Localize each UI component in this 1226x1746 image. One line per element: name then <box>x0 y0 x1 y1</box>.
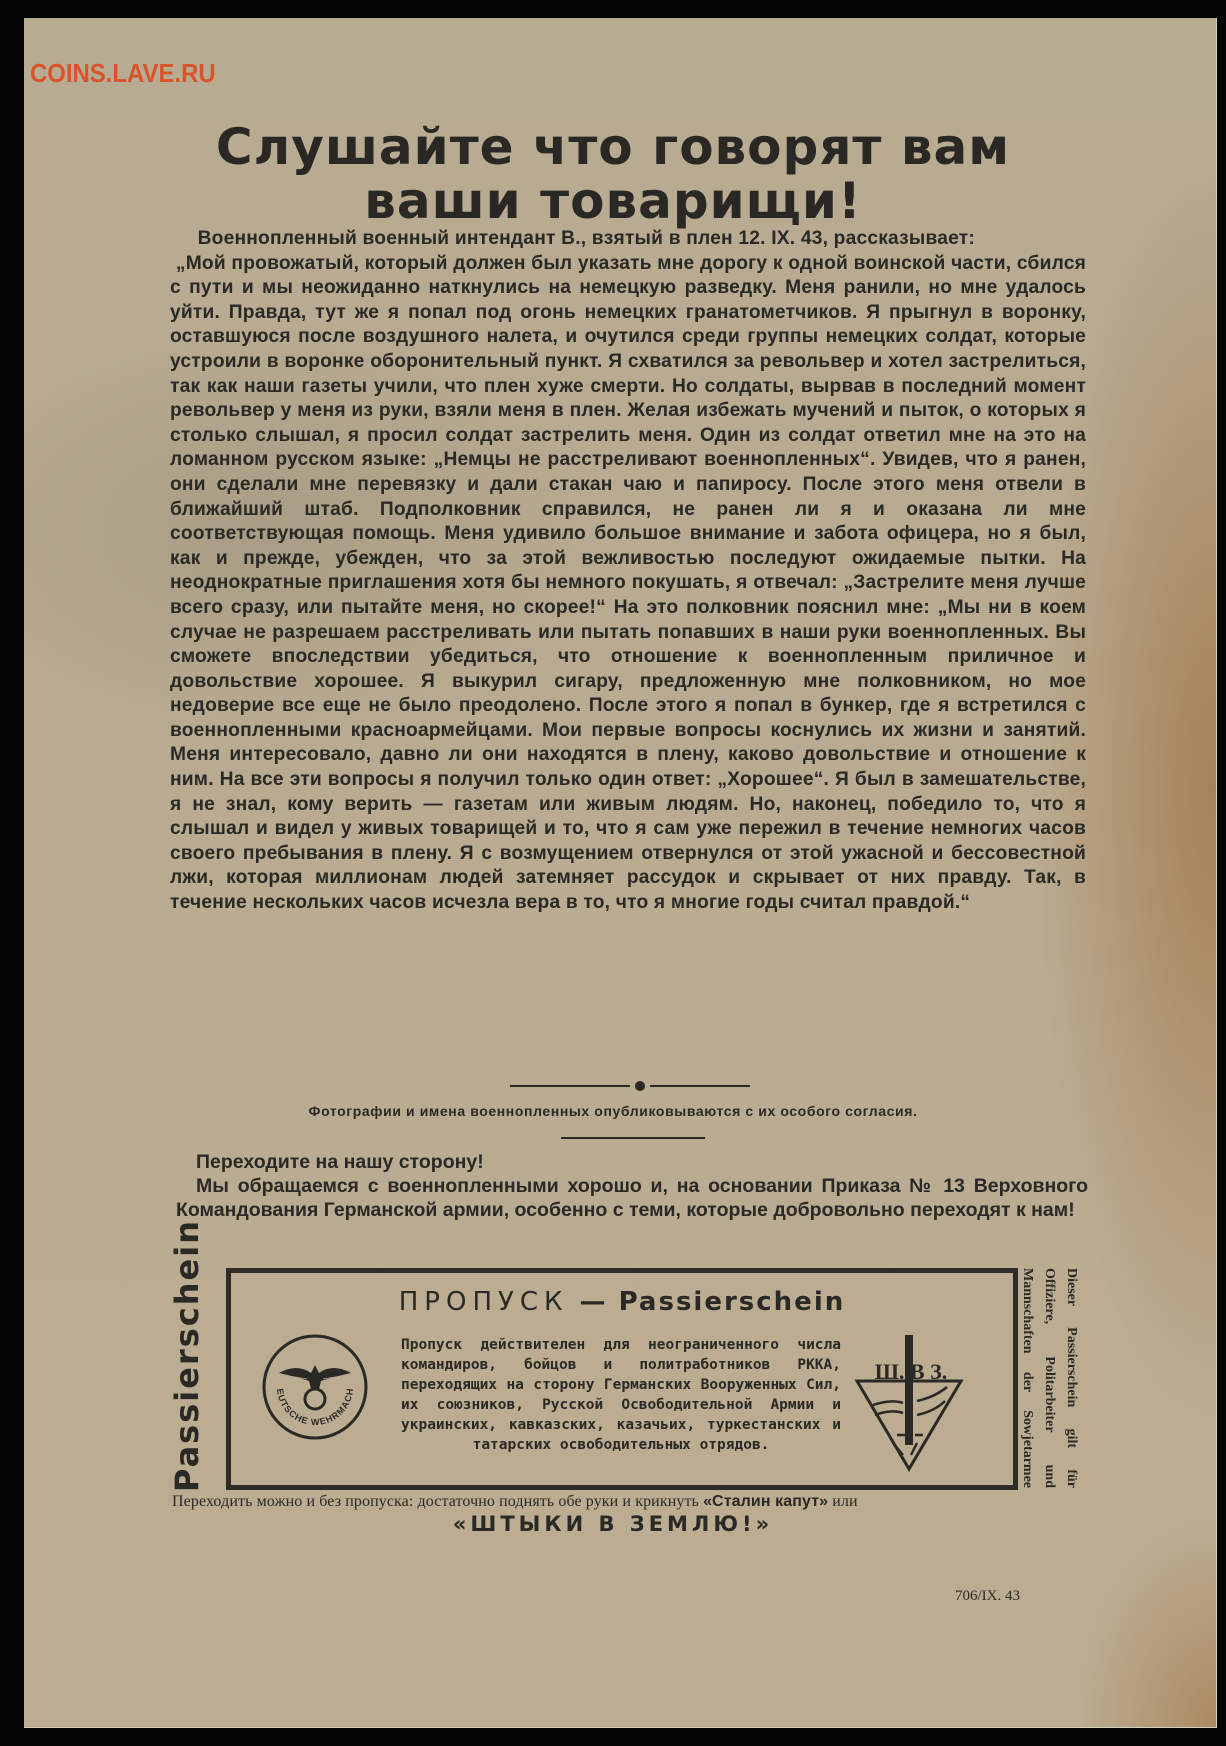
pass-title-ru: ПРОПУСК <box>399 1287 569 1317</box>
division-emblem-icon: Ш. В З. <box>851 1335 971 1475</box>
pass-text: Пропуск действителен для неограниченного… <box>401 1335 841 1455</box>
pass-title-sep: — <box>568 1287 618 1317</box>
crossing-text: Переходить можно и без пропуска: достато… <box>172 1493 703 1510</box>
testimony-text: „Мой провожатый, который должен был указ… <box>170 251 1086 915</box>
slogan: «ШТЫКИ В ЗЕМЛЮ!» <box>0 1512 1226 1536</box>
pass-box: ПРОПУСК — Passierschein DEUTSCHE WEHRMAC… <box>226 1268 1018 1490</box>
crossing-bold: «Сталин капут» <box>703 1493 828 1510</box>
headline-line-1: Слушайте что говорят вам <box>0 118 1226 176</box>
leaflet-code: 706/IX. 43 <box>955 1588 1020 1605</box>
consent-note: Фотографии и имена военнопленных опублик… <box>0 1103 1226 1119</box>
headline-line-2: ваши товарищи! <box>0 172 1226 230</box>
wehrmacht-seal-icon: DEUTSCHE WEHRMACHT <box>261 1333 369 1441</box>
german-pass-note: Dieser Passierschein gilt für Offiziere,… <box>1016 1268 1082 1488</box>
emblem-text: Ш. В З. <box>875 1359 947 1384</box>
passierschein-side-label: Passierschein <box>168 1219 206 1492</box>
crossing-tail: или <box>828 1493 858 1510</box>
watermark: COINS.LAVE.RU <box>30 58 216 89</box>
german-note-line-1: Dieser Passierschein gilt für <box>1060 1268 1082 1488</box>
appeal-block: Переходите на нашу сторону! Мы обращаемс… <box>176 1150 1088 1222</box>
crossing-instructions: Переходить можно и без пропуска: достато… <box>172 1493 1082 1511</box>
testimony-intro: Военнопленный военный интендант В., взят… <box>170 226 1086 251</box>
pass-title-de: Passierschein <box>619 1287 846 1317</box>
german-note-line-3: Mannschaften der Sowjetarmee <box>1016 1268 1038 1488</box>
pass-title: ПРОПУСК — Passierschein <box>231 1287 1013 1317</box>
german-note-line-2: Offiziere, Politarbeiter und <box>1038 1268 1060 1488</box>
ornamental-divider <box>510 1080 750 1092</box>
appeal-text: Мы обращаемся с военнопленными хорошо и,… <box>176 1174 1088 1222</box>
appeal-heading: Переходите на нашу сторону! <box>176 1150 1088 1174</box>
divider <box>561 1137 705 1139</box>
testimony-block: Военнопленный военный интендант В., взят… <box>170 226 1086 915</box>
divider-dot-icon <box>635 1081 645 1091</box>
